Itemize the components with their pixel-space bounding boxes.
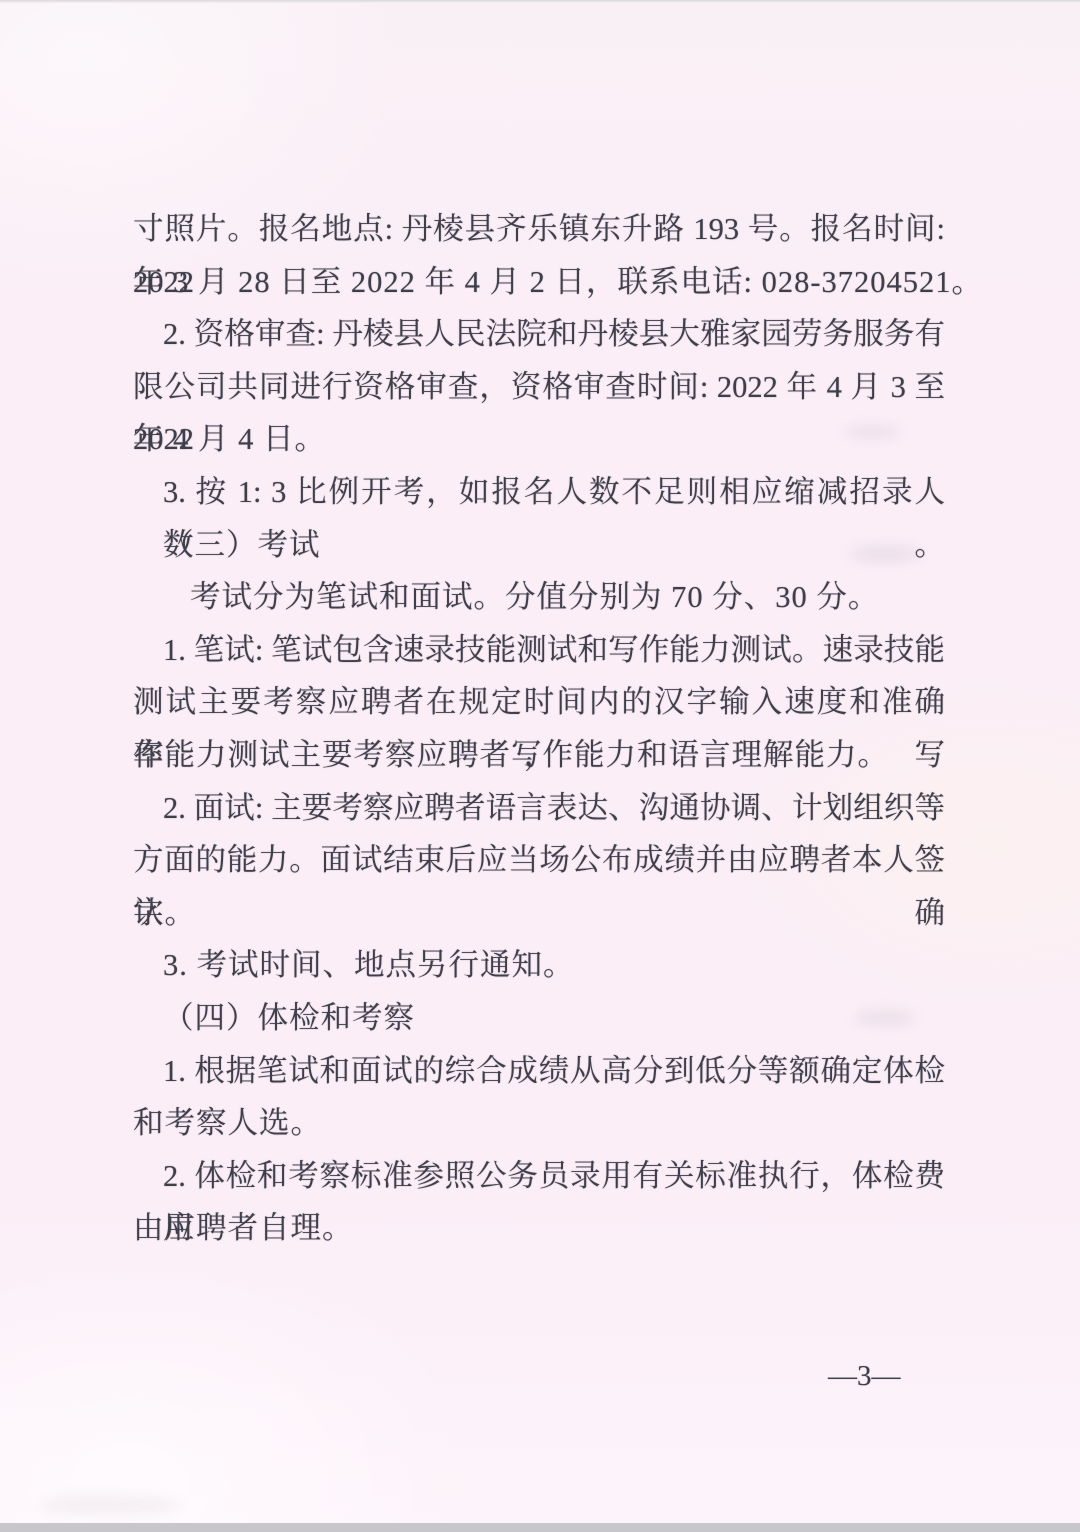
text-line: 方面的能力。面试结束后应当场公布成绩并由应聘者本人签字确 [133, 834, 945, 887]
scan-edge-bottom [0, 1523, 1080, 1532]
scanned-page: 寸照片。报名地点: 丹棱县齐乐镇东升路 193 号。报名时间: 2022年 3 … [0, 0, 1080, 1532]
page-number: —3— [828, 1352, 948, 1400]
text-line: 年 3 月 28 日至 2022 年 4 月 2 日，联系电话: 028-372… [133, 256, 945, 309]
text-line: 3. 按 1: 3 比例开考，如报名人数不足则相应缩减招录人数。 [133, 466, 945, 519]
text-line: 寸照片。报名地点: 丹棱县齐乐镇东升路 193 号。报名时间: 2022 [133, 203, 945, 256]
text-line: 作能力测试主要考察应聘者写作能力和语言理解能力。 [133, 729, 945, 782]
scan-smudge [40, 1495, 180, 1515]
document-lines: 寸照片。报名地点: 丹棱县齐乐镇东升路 193 号。报名时间: 2022年 3 … [133, 203, 945, 1255]
text-line: 限公司共同进行资格审查，资格审查时间: 2022 年 4 月 3 至 2022 [133, 361, 945, 414]
text-line: 1. 根据笔试和面试的综合成绩从高分到低分等额确定体检 [133, 1045, 945, 1098]
text-line: 2. 体检和考察标准参照公务员录用有关标准执行，体检费用 [133, 1150, 945, 1203]
scan-edge-top [0, 0, 1080, 3]
text-line: 2. 面试: 主要考察应聘者语言表达、沟通协调、计划组织等 [133, 782, 945, 835]
text-line: （四）体检和考察 [133, 992, 945, 1045]
text-line: 和考察人选。 [133, 1097, 945, 1150]
text-line: 1. 笔试: 笔试包含速录技能测试和写作能力测试。速录技能 [133, 624, 945, 677]
text-line: 考试分为笔试和面试。分值分别为 70 分、30 分。 [133, 571, 945, 624]
text-line: 2. 资格审查: 丹棱县人民法院和丹棱县大雅家园劳务服务有 [133, 308, 945, 361]
text-line: 由应聘者自理。 [133, 1202, 945, 1255]
text-line: 测试主要考察应聘者在规定时间内的汉字输入速度和准确率，写 [133, 676, 945, 729]
text-line: 年 4 月 4 日。 [133, 413, 945, 466]
text-line: 3. 考试时间、地点另行通知。 [133, 939, 945, 992]
